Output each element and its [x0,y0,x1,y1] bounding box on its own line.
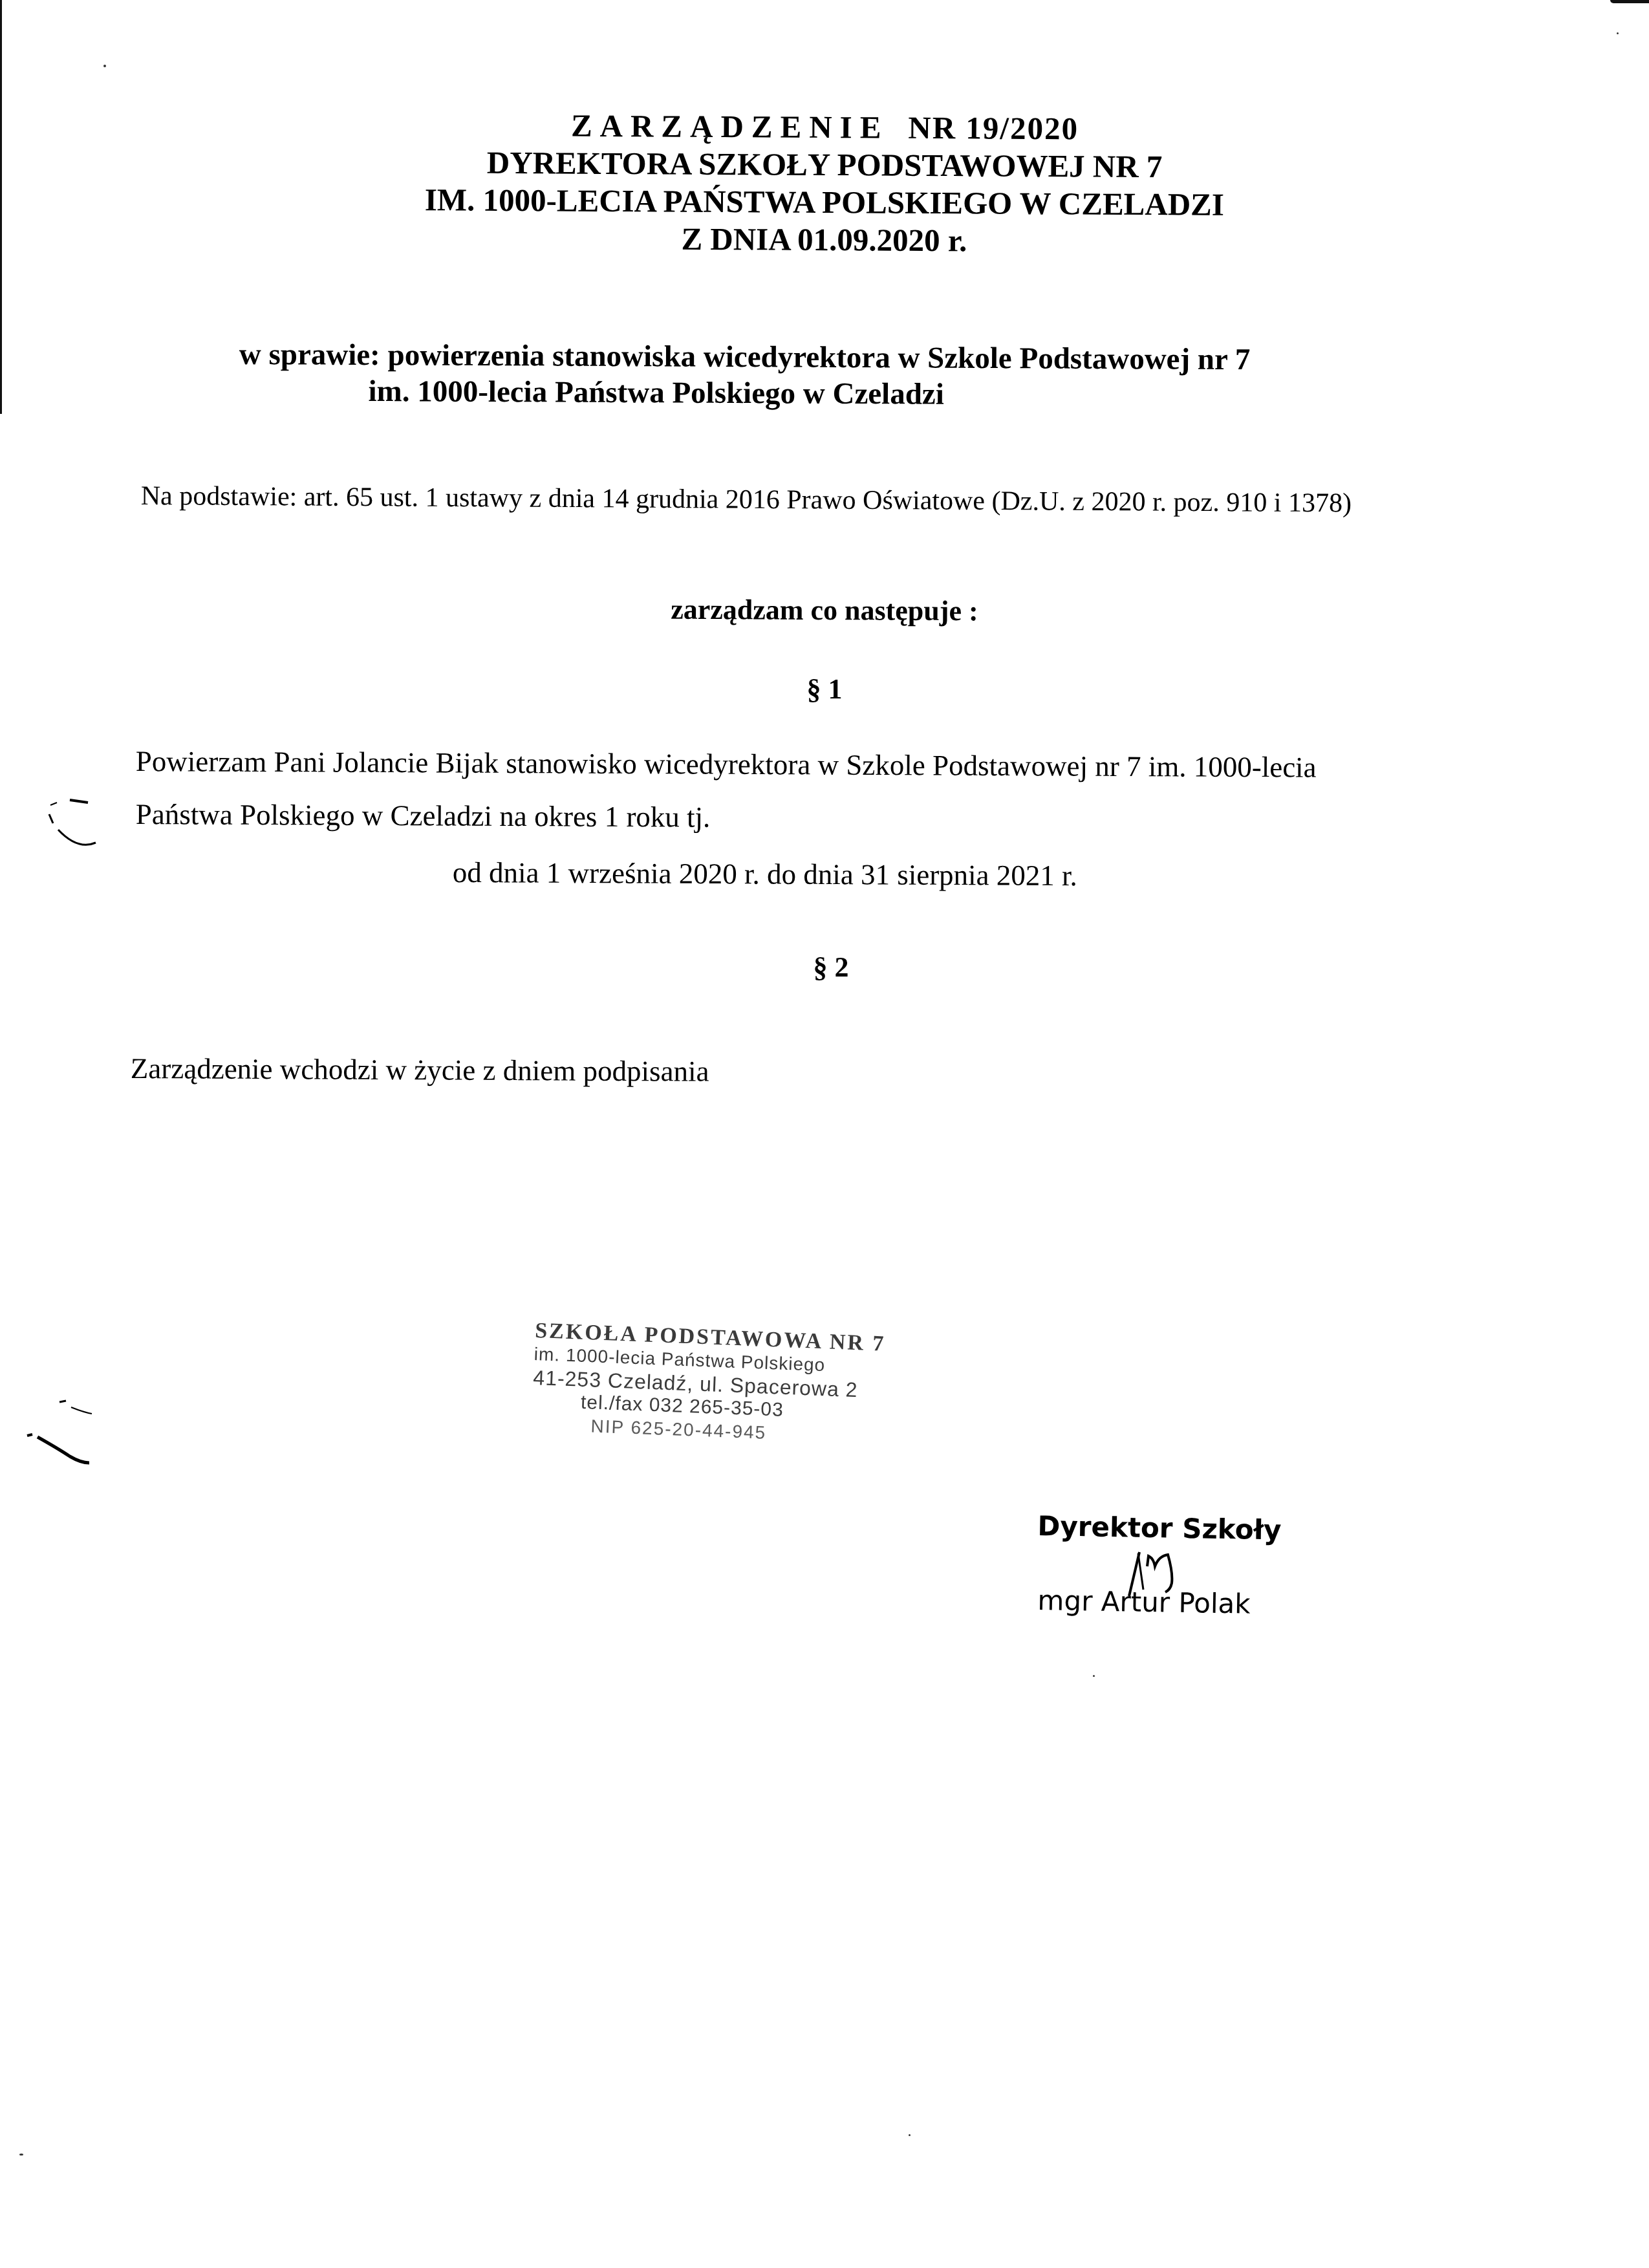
section-1-text-line: Państwa Polskiego w Czeladzi na okres 1 … [136,797,711,835]
title-word: ZARZĄDZENIE [571,108,889,146]
margin-bracket-mark [19,1390,103,1474]
subject-line-1: w sprawie: powierzenia stanowiska wicedy… [239,338,1251,376]
section-1-mark: § 1 [0,673,1649,706]
section-2-text-line: Zarządzenie wchodzi w życie z dniem podp… [131,1051,709,1089]
legal-basis: Na podstawie: art. 65 ust. 1 ustawy z dn… [141,480,1352,519]
scanned-page: ZARZĄDZENIENR 19/2020 DYREKTORA SZKOŁY P… [0,0,1649,2268]
scan-speck [1617,32,1619,34]
margin-bracket-mark [26,786,103,863]
scan-corner-artifact [1610,0,1649,3]
scan-speck [909,2134,911,2136]
signature-block: Dyrektor Szkoły mgr Artur Polak [1038,1510,1309,1616]
title-number: NR 19/2020 [908,110,1079,147]
signatory-title: Dyrektor Szkoły [1037,1510,1309,1546]
section-1-text-line: Powierzam Pani Jolancie Bijak stanowisko… [136,744,1317,785]
section-2-mark: § 2 [0,951,1649,984]
scan-speck [1093,1675,1095,1677]
decree-intro: zarządzam co następuje : [0,589,1649,631]
signatory-name: mgr Artur Polak [1037,1584,1309,1621]
subject: w sprawie: powierzenia stanowiska wicedy… [239,336,1250,414]
section-1-period-line: od dnia 1 września 2020 r. do dnia 31 si… [453,855,1077,893]
subject-line-2: im. 1000-lecia Państwa Polskiego w Czela… [239,373,1250,414]
scan-speck [103,65,106,67]
scan-speck [19,2154,23,2155]
document-header: ZARZĄDZENIENR 19/2020 DYREKTORA SZKOŁY P… [0,103,1649,264]
school-stamp: SZKOŁA PODSTAWOWA NR 7 im. 1000-lecia Pa… [531,1319,910,1450]
